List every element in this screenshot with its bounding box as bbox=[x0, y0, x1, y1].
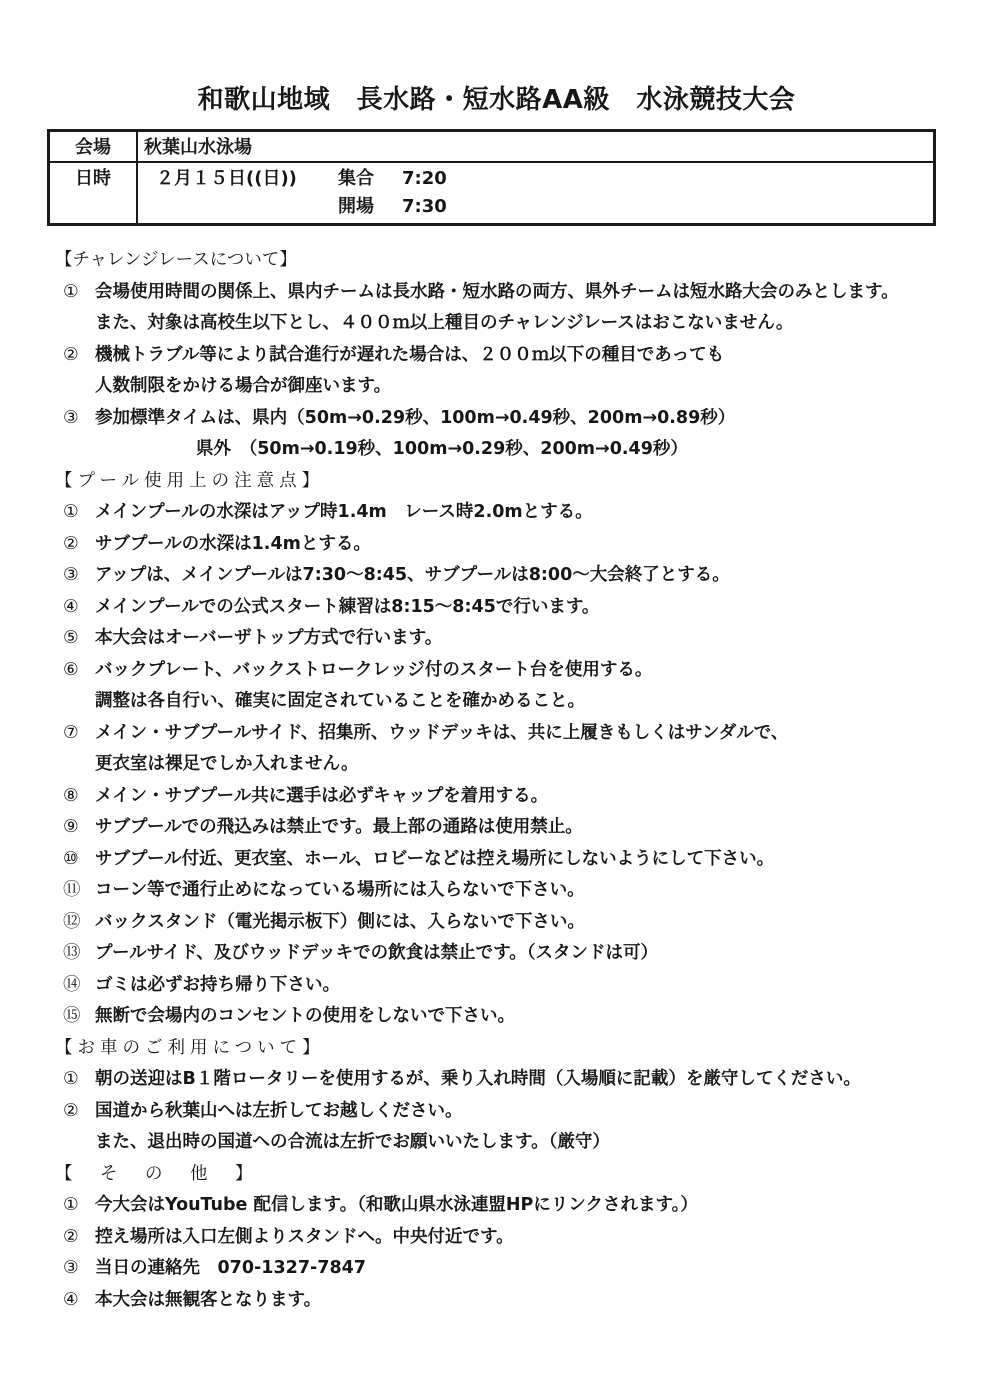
list-item: ① 朝の送迎はB１階ロータリーを使用するが、乗り入れ時間（入場順に記載）を厳守し… bbox=[47, 1064, 946, 1096]
item-text: 調整は各自行い、確実に固定されていることを確かめること。 bbox=[95, 691, 585, 711]
meet-time-value: 7:20 bbox=[402, 165, 447, 193]
list-item: ⑫ バックスタンド（電光掲示板下）側には、入らないで下さい。 bbox=[47, 907, 946, 939]
datetime-label: 日時 bbox=[50, 163, 138, 223]
meet-time-label: 集合 bbox=[338, 165, 402, 193]
list-item: ① 今大会はYouTube 配信します。（和歌山県水泳連盟HPにリンクされます。… bbox=[47, 1190, 946, 1222]
item-number: ⑫ bbox=[63, 907, 81, 939]
item-number: ② bbox=[63, 340, 79, 372]
list-item: ① メインプールの水深はアップ時1.4m レース時2.0mとする。 bbox=[47, 497, 946, 529]
list-item-continuation: また、退出時の国道への合流は左折でお願いいたします。（厳守） bbox=[47, 1127, 946, 1159]
item-text: メイン・サブプールサイド、招集所、ウッドデッキは、共に上履きもしくはサンダルで、 bbox=[95, 723, 788, 743]
item-text: コーン等で通行止めになっている場所には入らないで下さい。 bbox=[95, 880, 585, 900]
open-time-label: 開場 bbox=[338, 193, 402, 221]
item-text: サブプール付近、更衣室、ホール、ロビーなどは控え場所にしないようにして下さい。 bbox=[95, 849, 774, 869]
list-item: ⑪ コーン等で通行止めになっている場所には入らないで下さい。 bbox=[47, 875, 946, 907]
section-heading-challenge-race: 【チャレンジレースについて】 bbox=[47, 245, 946, 277]
item-text: 控え場所は入口左側よりスタンドへ。中央付近です。 bbox=[95, 1227, 514, 1247]
document-body: 【チャレンジレースについて】 ① 会場使用時間の関係上、県内チームは長水路・短水… bbox=[47, 245, 946, 1316]
list-item: ⑮ 無断で会場内のコンセントの使用をしないで下さい。 bbox=[47, 1001, 946, 1033]
list-item: ③ 参加標準タイムは、県内（50m→0.29秒、100m→0.49秒、200m→… bbox=[47, 403, 946, 435]
list-item: ⑨ サブプールでの飛込みは禁止です。最上部の通路は使用禁止。 bbox=[47, 812, 946, 844]
item-text: 本大会はオーバーザトップ方式で行います。 bbox=[95, 628, 442, 648]
item-text: 国道から秋葉山へは左折してお越しください。 bbox=[95, 1101, 463, 1121]
item-text: サブプールの水深は1.4mとする。 bbox=[95, 534, 371, 554]
item-number: ④ bbox=[63, 592, 79, 624]
item-text: アップは、メインプールは7:30～8:45、サブプールは8:00～大会終了とする… bbox=[95, 565, 730, 585]
item-text: バックスタンド（電光掲示板下）側には、入らないで下さい。 bbox=[95, 912, 585, 932]
section-heading-car-use: 【お車のご利用について】 bbox=[47, 1033, 946, 1065]
spacer bbox=[144, 193, 338, 221]
item-text: また、対象は高校生以下とし、４００ｍ以上種目のチャレンジレースはおこないません。 bbox=[95, 313, 793, 333]
item-number: ① bbox=[63, 1064, 79, 1096]
list-item: ④ 本大会は無観客となります。 bbox=[47, 1285, 946, 1317]
venue-label: 会場 bbox=[50, 132, 138, 161]
item-text: 機械トラブル等により試合進行が遅れた場合は、２００ｍ以下の種目であっても bbox=[95, 345, 724, 365]
item-number: ③ bbox=[63, 1253, 79, 1285]
list-item: ③ 当日の連絡先 070-1327-7847 bbox=[47, 1253, 946, 1285]
datetime-row: 日時 ２月１５日((日)) 集合 7:20 開場 7:30 bbox=[50, 161, 933, 223]
list-item: ⑥ バックプレート、バックストロークレッジ付のスタート台を使用する。 bbox=[47, 655, 946, 687]
item-text: 県外 （50m→0.19秒、100m→0.29秒、200m→0.49秒） bbox=[196, 439, 688, 459]
open-time-value: 7:30 bbox=[402, 193, 447, 221]
item-text: 本大会は無観客となります。 bbox=[95, 1290, 321, 1310]
list-item: ① 会場使用時間の関係上、県内チームは長水路・短水路の両方、県外チームは短水路大… bbox=[47, 277, 946, 309]
item-number: ② bbox=[63, 1096, 79, 1128]
venue-value: 秋葉山水泳場 bbox=[138, 132, 933, 161]
list-item-continuation: また、対象は高校生以下とし、４００ｍ以上種目のチャレンジレースはおこないません。 bbox=[47, 308, 946, 340]
datetime-line-1: ２月１５日((日)) 集合 7:20 bbox=[144, 165, 927, 193]
list-item-continuation: 調整は各自行い、確実に固定されていることを確かめること。 bbox=[47, 686, 946, 718]
item-text: 今大会はYouTube 配信します。（和歌山県水泳連盟HPにリンクされます。） bbox=[95, 1195, 698, 1215]
list-item: ⑧ メイン・サブプール共に選手は必ずキャップを着用する。 bbox=[47, 781, 946, 813]
list-item: ③ アップは、メインプールは7:30～8:45、サブプールは8:00～大会終了と… bbox=[47, 560, 946, 592]
item-number: ⑥ bbox=[63, 655, 79, 687]
item-text: メインプールでの公式スタート練習は8:15～8:45で行います。 bbox=[95, 597, 599, 617]
item-number: ② bbox=[63, 1222, 79, 1254]
list-item: ⑤ 本大会はオーバーザトップ方式で行います。 bbox=[47, 623, 946, 655]
item-text: メイン・サブプール共に選手は必ずキャップを着用する。 bbox=[95, 786, 548, 806]
list-item: ② サブプールの水深は1.4mとする。 bbox=[47, 529, 946, 561]
item-number: ① bbox=[63, 1190, 79, 1222]
item-number: ⑦ bbox=[63, 718, 79, 750]
event-date: ２月１５日((日)) bbox=[144, 165, 338, 193]
list-item: ② 控え場所は入口左側よりスタンドへ。中央付近です。 bbox=[47, 1222, 946, 1254]
item-number: ⑨ bbox=[63, 812, 79, 844]
item-text: メインプールの水深はアップ時1.4m レース時2.0mとする。 bbox=[95, 502, 593, 522]
item-text: 会場使用時間の関係上、県内チームは長水路・短水路の両方、県外チームは短水路大会の… bbox=[95, 282, 899, 302]
list-item: ② 国道から秋葉山へは左折してお越しください。 bbox=[47, 1096, 946, 1128]
section-heading-others: 【 そ の 他 】 bbox=[47, 1159, 946, 1191]
item-number: ⑬ bbox=[63, 938, 81, 970]
item-text: プールサイド、及びウッドデッキでの飲食は禁止です。（スタンドは可） bbox=[95, 943, 658, 963]
list-item-continuation: 県外 （50m→0.19秒、100m→0.29秒、200m→0.49秒） bbox=[47, 434, 946, 466]
item-text: 当日の連絡先 070-1327-7847 bbox=[95, 1258, 366, 1278]
info-table: 会場 秋葉山水泳場 日時 ２月１５日((日)) 集合 7:20 開場 7:30 bbox=[47, 129, 936, 226]
item-text: ゴミは必ずお持ち帰り下さい。 bbox=[95, 975, 340, 995]
item-number: ⑭ bbox=[63, 970, 81, 1002]
item-number: ⑩ bbox=[63, 844, 79, 876]
item-text: 参加標準タイムは、県内（50m→0.29秒、100m→0.49秒、200m→0.… bbox=[95, 408, 735, 428]
item-text: また、退出時の国道への合流は左折でお願いいたします。（厳守） bbox=[95, 1132, 610, 1152]
list-item-continuation: 更衣室は裸足でしか入れません。 bbox=[47, 749, 946, 781]
item-number: ③ bbox=[63, 403, 79, 435]
list-item: ② 機械トラブル等により試合進行が遅れた場合は、２００ｍ以下の種目であっても bbox=[47, 340, 946, 372]
item-number: ⑮ bbox=[63, 1001, 81, 1033]
item-text: バックプレート、バックストロークレッジ付のスタート台を使用する。 bbox=[95, 660, 652, 680]
item-text: 更衣室は裸足でしか入れません。 bbox=[95, 754, 359, 774]
venue-row: 会場 秋葉山水泳場 bbox=[50, 132, 933, 161]
page-title: 和歌山地域 長水路・短水路AA級 水泳競技大会 bbox=[47, 84, 946, 116]
item-number: ① bbox=[63, 277, 79, 309]
item-number: ① bbox=[63, 497, 79, 529]
item-text: 朝の送迎はB１階ロータリーを使用するが、乗り入れ時間（入場順に記載）を厳守してく… bbox=[95, 1069, 861, 1089]
item-number: ⑪ bbox=[63, 875, 81, 907]
item-number: ② bbox=[63, 529, 79, 561]
item-text: サブプールでの飛込みは禁止です。最上部の通路は使用禁止。 bbox=[95, 817, 583, 837]
item-number: ③ bbox=[63, 560, 79, 592]
datetime-line-2: 開場 7:30 bbox=[144, 193, 927, 221]
list-item-continuation: 人数制限をかける場合が御座います。 bbox=[47, 371, 946, 403]
list-item: ⑬ プールサイド、及びウッドデッキでの飲食は禁止です。（スタンドは可） bbox=[47, 938, 946, 970]
list-item: ④ メインプールでの公式スタート練習は8:15～8:45で行います。 bbox=[47, 592, 946, 624]
datetime-value: ２月１５日((日)) 集合 7:20 開場 7:30 bbox=[138, 163, 933, 223]
item-number: ⑧ bbox=[63, 781, 79, 813]
list-item: ⑩ サブプール付近、更衣室、ホール、ロビーなどは控え場所にしないようにして下さい… bbox=[47, 844, 946, 876]
list-item: ⑦ メイン・サブプールサイド、招集所、ウッドデッキは、共に上履きもしくはサンダル… bbox=[47, 718, 946, 750]
item-number: ④ bbox=[63, 1285, 79, 1317]
item-text: 無断で会場内のコンセントの使用をしないで下さい。 bbox=[95, 1006, 515, 1026]
list-item: ⑭ ゴミは必ずお持ち帰り下さい。 bbox=[47, 970, 946, 1002]
item-text: 人数制限をかける場合が御座います。 bbox=[95, 376, 391, 396]
section-heading-pool-notes: 【プール使用上の注意点】 bbox=[47, 466, 946, 498]
item-number: ⑤ bbox=[63, 623, 79, 655]
document-page: 和歌山地域 長水路・短水路AA級 水泳競技大会 会場 秋葉山水泳場 日時 ２月１… bbox=[0, 0, 986, 1400]
